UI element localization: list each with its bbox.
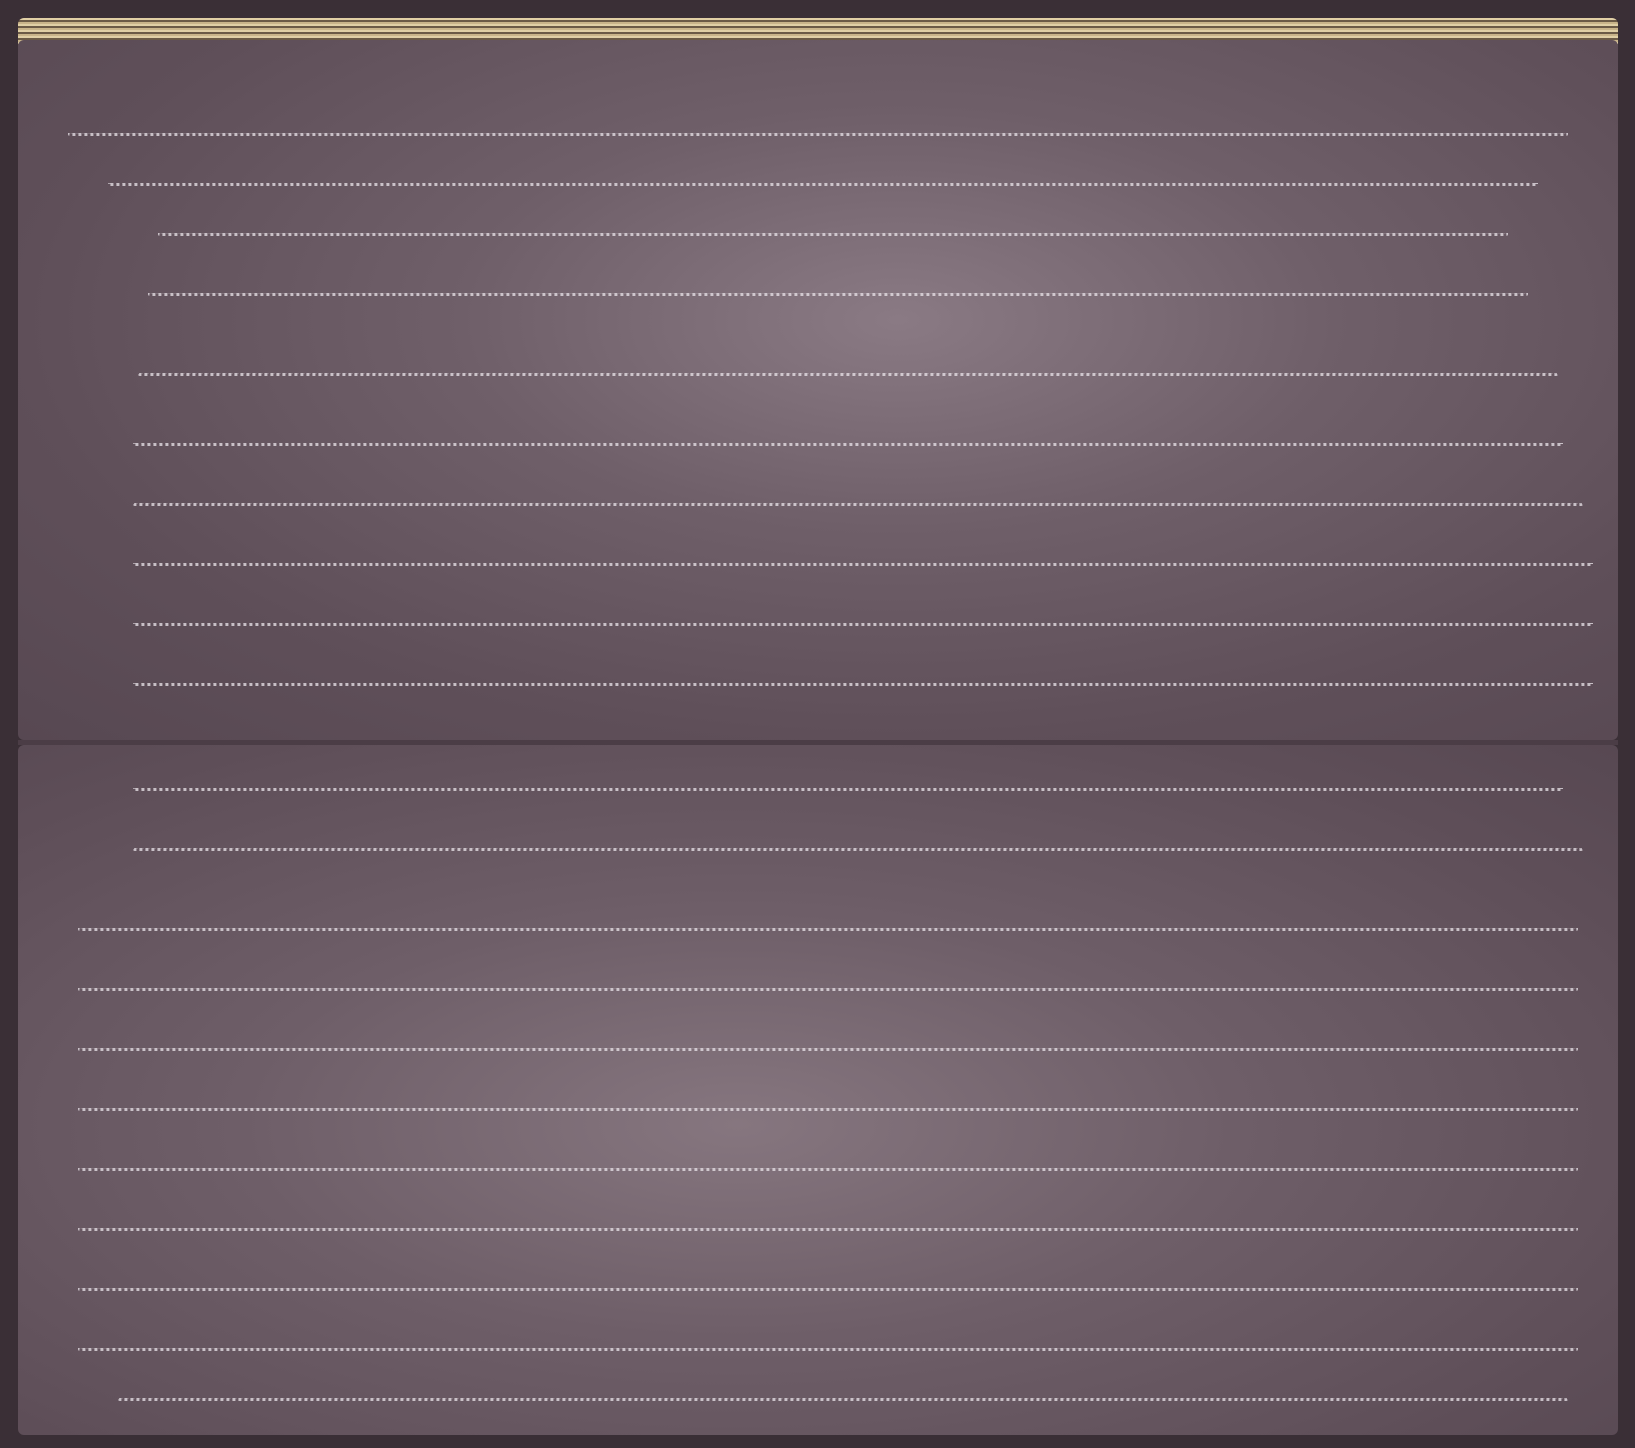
upper-script-lines xyxy=(18,40,1618,740)
lower-script-lines xyxy=(18,745,1618,1435)
lower-panel xyxy=(18,745,1618,1435)
upper-panel xyxy=(18,40,1618,740)
